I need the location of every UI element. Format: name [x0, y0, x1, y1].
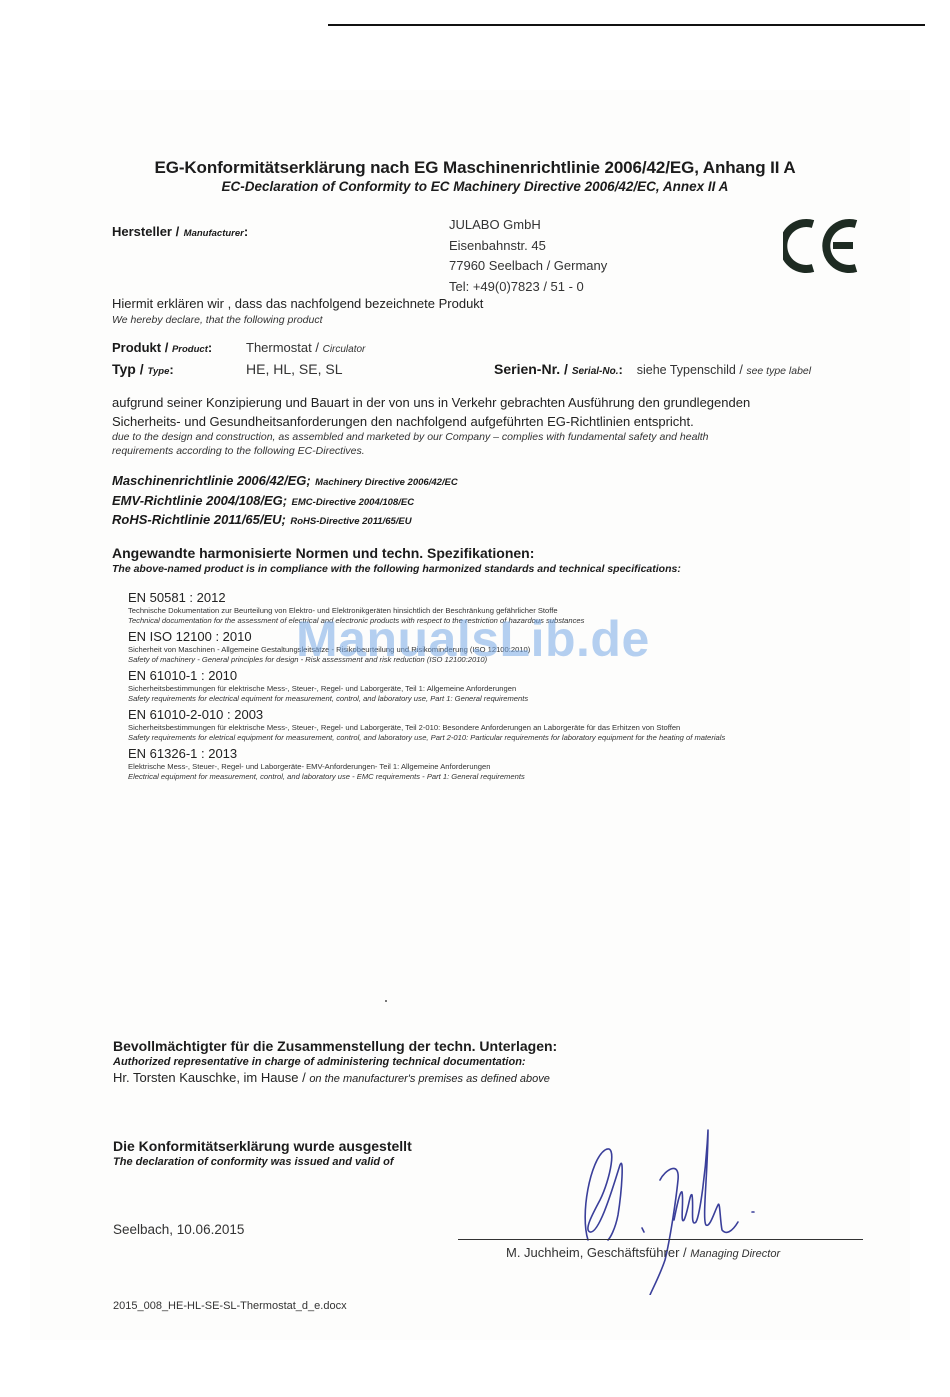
scan-artifact: [385, 1000, 387, 1002]
product-label-de: Produkt /: [112, 340, 168, 355]
authorized-heading-de: Bevollmächtigter für die Zusammenstellun…: [113, 1038, 557, 1054]
directive-en: EMC-Directive 2004/108/EC: [292, 497, 415, 508]
title-german: EG-Konformitätserklärung nach EG Maschin…: [0, 158, 950, 178]
standard-item: EN 61010-2-010 : 2003 Sicherheitsbestimm…: [128, 707, 818, 742]
standard-item: EN 61010-1 : 2010 Sicherheitsbestimmunge…: [128, 668, 818, 703]
authorized-representative: Hr. Torsten Kauschke, im Hause / on the …: [113, 1070, 550, 1085]
manufacturer-street: Eisenbahnstr. 45: [449, 236, 607, 257]
product-value-de: Thermostat /: [246, 340, 319, 355]
product-label-en: Product: [172, 344, 208, 355]
declaration-intro-de: Hiermit erklären wir , dass das nachfolg…: [112, 296, 483, 311]
manufacturer-name: JULABO GmbH: [449, 215, 607, 236]
standard-desc-en: Electrical equipment for measurement, co…: [128, 772, 818, 782]
manufacturer-city: 77960 Seelbach / Germany: [449, 256, 607, 277]
manufacturer-label-en: Manufacturer: [184, 228, 244, 239]
product-value: Thermostat / Circulator: [246, 340, 365, 355]
directive-en: Machinery Directive 2006/42/EC: [315, 477, 458, 488]
ce-mark-icon: [783, 218, 861, 274]
directive-de: EMV-Richtlinie 2004/108/EG;: [112, 493, 287, 508]
standard-desc-de: Sicherheitsbestimmungen für elektrische …: [128, 723, 818, 733]
directive-item: EMV-Richtlinie 2004/108/EG; EMC-Directiv…: [112, 492, 458, 512]
serial-label-en: Serial-No.: [572, 366, 619, 377]
issued-heading-de: Die Konformitätserklärung wurde ausgeste…: [113, 1138, 412, 1154]
directive-de: Maschinenrichtlinie 2006/42/EG;: [112, 473, 311, 488]
signature-line: [458, 1239, 863, 1240]
type-label-de: Typ /: [112, 361, 144, 377]
directive-item: Maschinenrichtlinie 2006/42/EG; Machiner…: [112, 472, 458, 492]
standard-desc-en: Safety requirements for electrical equim…: [128, 694, 818, 704]
manufacturer-address: JULABO GmbH Eisenbahnstr. 45 77960 Seelb…: [449, 215, 607, 297]
conformity-statement-en: due to the design and construction, as a…: [112, 430, 709, 458]
standard-desc-de: Sicherheitsbestimmungen für elektrische …: [128, 684, 818, 694]
type-value: HE, HL, SE, SL: [246, 361, 342, 377]
label-colon: :: [208, 340, 212, 355]
header-rule: [328, 24, 925, 26]
conformity-en-line: requirements according to the following …: [112, 444, 709, 458]
standard-code: EN 61326-1 : 2013: [128, 746, 818, 762]
type-label-en: Type: [148, 366, 170, 377]
serial-label-de: Serien-Nr. /: [494, 361, 568, 377]
authorized-heading-en: Authorized representative in charge of a…: [113, 1056, 526, 1068]
signatory: M. Juchheim, Geschäftsführer / Managing …: [506, 1245, 780, 1260]
manufacturer-label-de: Hersteller /: [112, 224, 179, 239]
standard-code: EN 61010-2-010 : 2003: [128, 707, 818, 723]
declaration-intro-en: We hereby declare, that the following pr…: [112, 314, 323, 326]
serial-value: siehe Typenschild / see type label: [637, 363, 811, 377]
standard-code: EN 61010-1 : 2010: [128, 668, 818, 684]
authorized-location-en: on the manufacturer's premises as define…: [309, 1073, 550, 1085]
signature-icon: [570, 1120, 770, 1295]
norms-heading-de: Angewandte harmonisierte Normen und tech…: [112, 545, 534, 561]
document-filename: 2015_008_HE-HL-SE-SL-Thermostat_d_e.docx: [113, 1300, 347, 1312]
signatory-name: M. Juchheim, Geschäftsführer /: [506, 1245, 687, 1260]
serial-value-de: siehe Typenschild /: [637, 363, 743, 377]
conformity-statement-de: aufgrund seiner Konzipierung und Bauart …: [112, 393, 750, 431]
watermark: ManualsLib.de: [296, 610, 650, 668]
signatory-title-en: Managing Director: [690, 1248, 780, 1260]
conformity-de-line: aufgrund seiner Konzipierung und Bauart …: [112, 393, 750, 412]
type-row: Typ / Type: HE, HL, SE, SL: [112, 361, 174, 377]
place-and-date: Seelbach, 10.06.2015: [113, 1222, 244, 1237]
issued-heading-en: The declaration of conformity was issued…: [113, 1156, 394, 1168]
title-english: EC-Declaration of Conformity to EC Machi…: [0, 179, 950, 194]
product-value-en: Circulator: [323, 344, 366, 355]
conformity-en-line: due to the design and construction, as a…: [112, 430, 709, 444]
manufacturer-phone: Tel: +49(0)7823 / 51 - 0: [449, 277, 607, 298]
standard-desc-de: Elektrische Mess-, Steuer-, Regel- und L…: [128, 762, 818, 772]
authorized-name: Hr. Torsten Kauschke, im Hause /: [113, 1070, 306, 1085]
standard-item: EN 61326-1 : 2013 Elektrische Mess-, Ste…: [128, 746, 818, 781]
norms-heading-en: The above-named product is in compliance…: [112, 563, 681, 575]
label-colon: :: [619, 362, 623, 377]
standard-desc-en: Safety requirements for eletrical equipm…: [128, 733, 818, 743]
directive-de: RoHS-Richtlinie 2011/65/EU;: [112, 512, 286, 527]
serial-row: Serien-Nr. / Serial-No.: siehe Typenschi…: [494, 361, 811, 377]
directive-en: RoHS-Directive 2011/65/EU: [290, 516, 411, 527]
label-colon: :: [244, 224, 248, 239]
directives-list: Maschinenrichtlinie 2006/42/EG; Machiner…: [112, 472, 458, 531]
label-colon: :: [169, 362, 173, 377]
serial-value-en: see type label: [746, 365, 811, 377]
conformity-de-line: Sicherheits- und Gesundheitsanforderunge…: [112, 412, 750, 431]
standard-code: EN 50581 : 2012: [128, 590, 818, 606]
product-row: Produkt / Product: Thermostat / Circulat…: [112, 340, 212, 355]
manufacturer-label: Hersteller / Manufacturer:: [112, 223, 248, 241]
directive-item: RoHS-Richtlinie 2011/65/EU; RoHS-Directi…: [112, 511, 458, 531]
